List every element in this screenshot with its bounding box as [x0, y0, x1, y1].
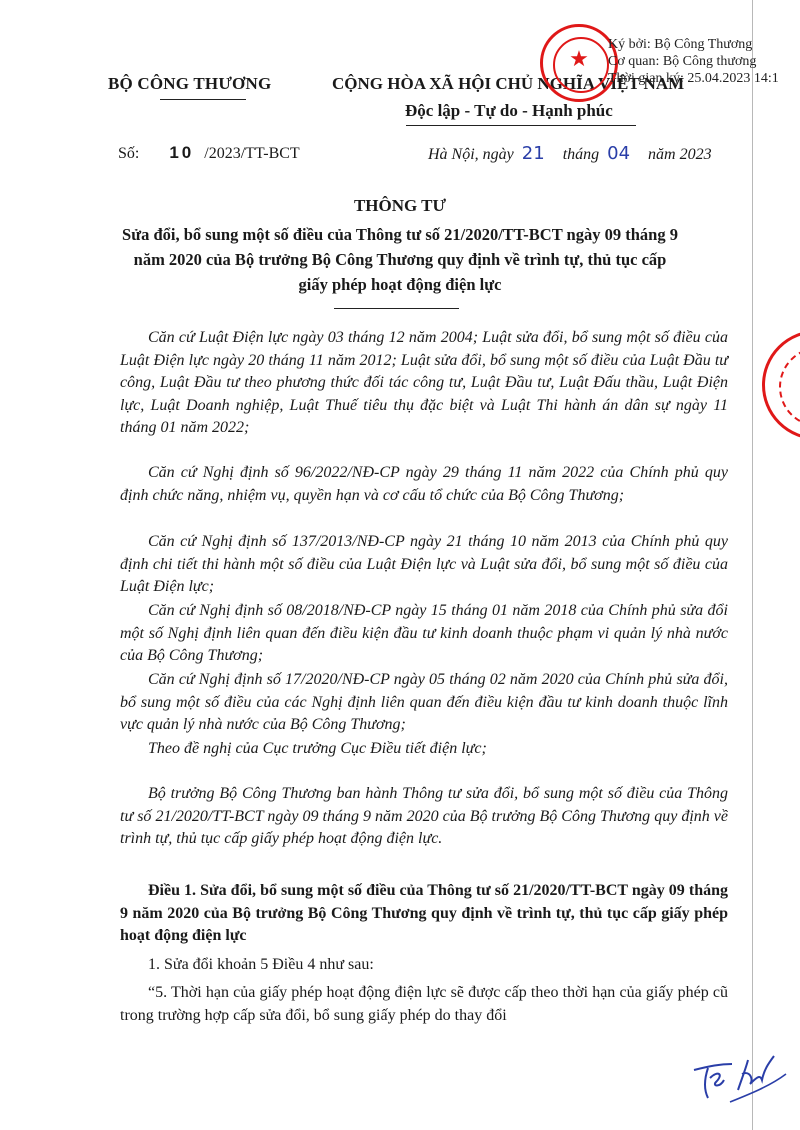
preamble-paragraph: Căn cứ Nghị định số 08/2018/NĐ-CP ngày 1…: [120, 600, 728, 668]
agency-underline: [160, 99, 246, 100]
article-quoted-text: “5. Thời hạn của giấy phép hoạt động điệ…: [120, 982, 728, 1027]
issuing-agency: BỘ CÔNG THƯƠNG: [108, 74, 271, 94]
preamble-text: Căn cứ Nghị định số 96/2022/NĐ-CP ngày 2…: [120, 462, 728, 507]
signed-by: Ký bởi: Bộ Công Thương: [608, 36, 779, 53]
handwritten-initials-icon: [690, 1050, 790, 1115]
preamble-text: Theo đề nghị của Cục trưởng Cục Điều tiế…: [120, 738, 728, 761]
preamble-paragraph: Căn cứ Nghị định số 137/2013/NĐ-CP ngày …: [120, 531, 728, 599]
digital-signature-info: Ký bởi: Bộ Công Thương Cơ quan: Bộ Công …: [608, 36, 779, 87]
date-month-label: tháng: [563, 146, 599, 163]
star-icon: ★: [543, 47, 615, 72]
article-clause: 1. Sửa đổi khoản 5 Điều 4 như sau:: [120, 954, 728, 977]
doc-number-suffix: /2023/TT-BCT: [204, 145, 299, 162]
date-month: 04: [607, 143, 630, 164]
document-subject: Sửa đổi, bổ sung một số điều của Thông t…: [120, 222, 680, 297]
subject-underline: [334, 308, 459, 309]
document-number: Số: 10 /2023/TT-BCT: [118, 143, 300, 163]
signing-organization: Cơ quan: Bộ Công thương: [608, 53, 779, 70]
side-seal-stamp-icon: [762, 330, 800, 440]
preamble-paragraph: Căn cứ Luật Điện lực ngày 03 tháng 12 nă…: [120, 327, 728, 440]
doc-number-value: 10: [169, 143, 194, 162]
doc-number-label: Số:: [118, 145, 139, 162]
preamble-text: Căn cứ Luật Điện lực ngày 03 tháng 12 nă…: [120, 327, 728, 440]
preamble-text: Căn cứ Nghị định số 137/2013/NĐ-CP ngày …: [120, 531, 728, 599]
preamble-text: Căn cứ Nghị định số 08/2018/NĐ-CP ngày 1…: [120, 600, 728, 668]
scan-edge-line: [752, 0, 753, 1130]
motto-underline: [406, 125, 636, 126]
preamble-paragraph: Căn cứ Nghị định số 17/2020/NĐ-CP ngày 0…: [120, 669, 728, 737]
preamble-paragraph: Theo đề nghị của Cục trưởng Cục Điều tiế…: [120, 738, 728, 761]
date-year: năm 2023: [648, 146, 712, 163]
article-1: Điều 1. Sửa đổi, bổ sung một số điều của…: [120, 880, 728, 1027]
preamble-text: Bộ trưởng Bộ Công Thương ban hành Thông …: [120, 783, 728, 851]
preamble-text: Căn cứ Nghị định số 17/2020/NĐ-CP ngày 0…: [120, 669, 728, 737]
signing-time: Thời gian ký: 25.04.2023 14:1: [608, 70, 779, 87]
place-and-date: Hà Nội, ngày 21 tháng 04 năm 2023: [428, 143, 712, 164]
red-seal-stamp-icon: ★: [540, 24, 618, 102]
national-motto: Độc lập - Tự do - Hạnh phúc: [405, 101, 613, 121]
date-place: Hà Nội, ngày: [428, 146, 514, 163]
date-day: 21: [522, 143, 545, 164]
document-type: THÔNG TƯ: [0, 196, 800, 216]
article-heading: Điều 1. Sửa đổi, bổ sung một số điều của…: [120, 880, 728, 948]
preamble-paragraph: Bộ trưởng Bộ Công Thương ban hành Thông …: [120, 783, 728, 851]
preamble-paragraph: Căn cứ Nghị định số 96/2022/NĐ-CP ngày 2…: [120, 462, 728, 507]
